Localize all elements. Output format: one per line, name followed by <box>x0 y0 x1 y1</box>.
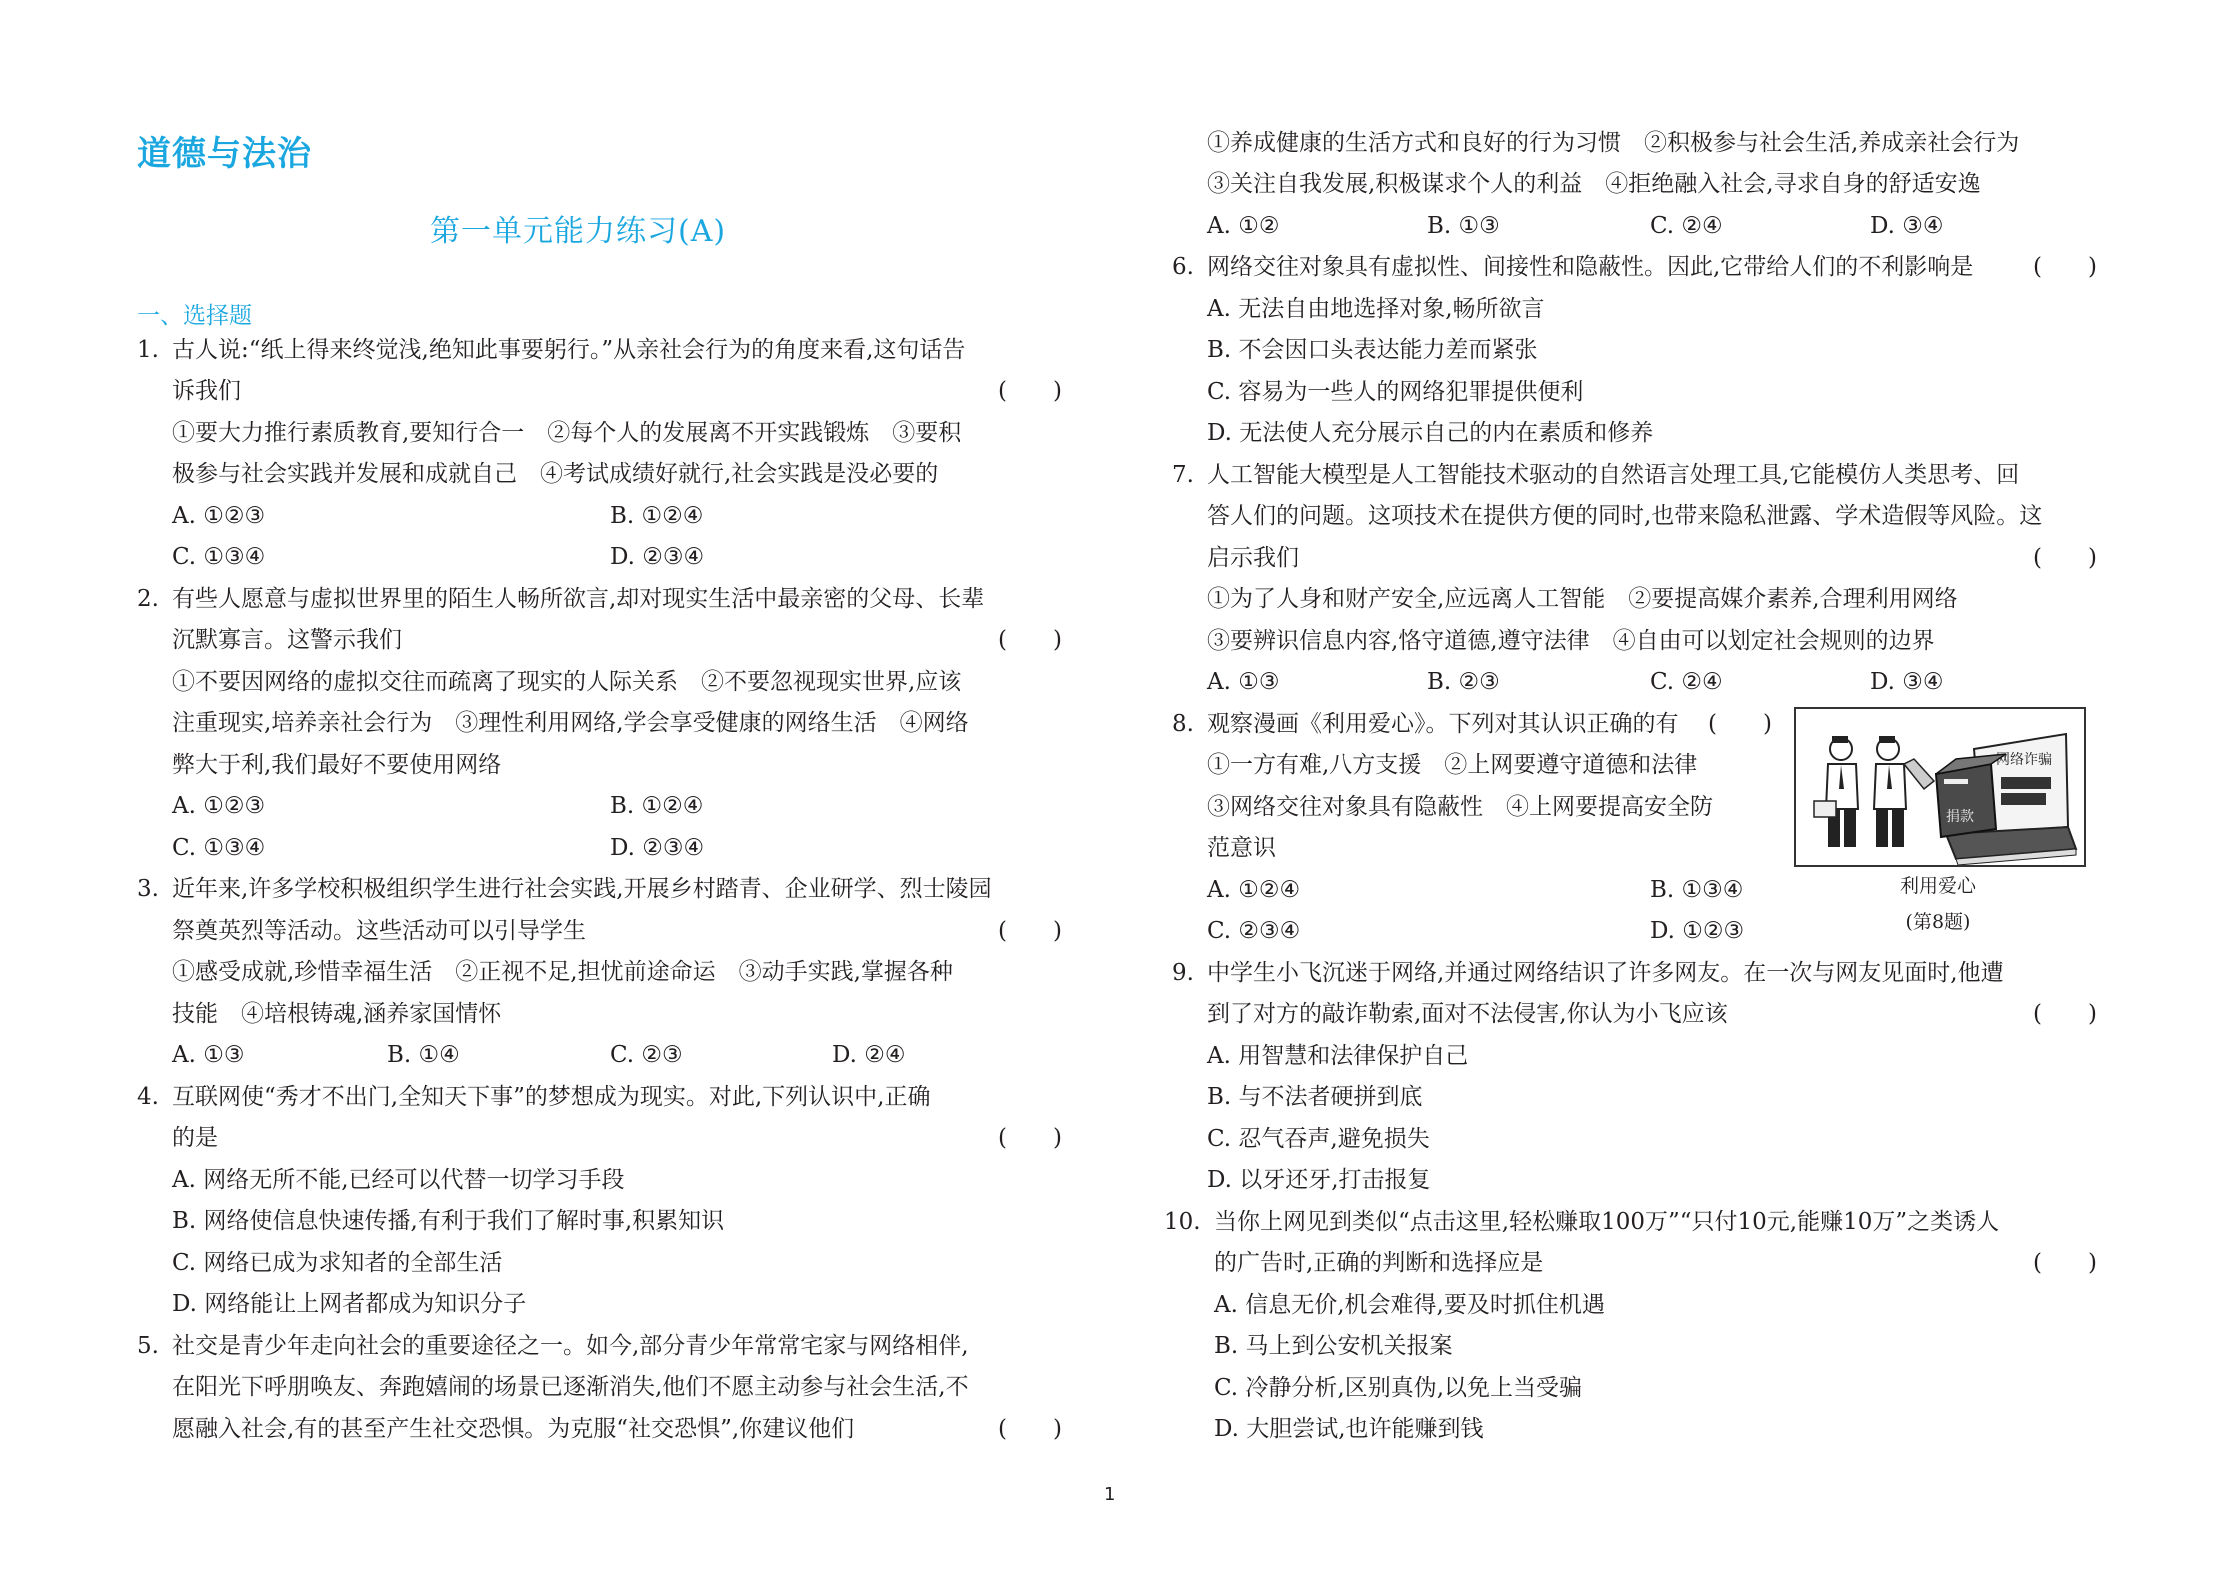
option-b[interactable]: B. ①④ <box>387 1035 460 1076</box>
question-number: 4. <box>137 1077 159 1118</box>
option-d[interactable]: D. ②④ <box>832 1035 905 1076</box>
option-d[interactable]: D. 网络能让上网者都成为知识分子 <box>172 1284 526 1325</box>
question-number: 1. <box>137 330 159 371</box>
question-stem: 互联网使“秀才不出门,全知天下事”的梦想成为现实。对此,下列认识中,正确 <box>172 1077 930 1118</box>
cartoon-figure: 网络诈骗 捐款 <box>1794 707 2086 867</box>
answer-blank[interactable]: ( ) <box>998 620 1062 661</box>
question-stem: 人工智能大模型是人工智能技术驱动的自然语言处理工具,它能模仿人类思考、回 <box>1207 455 2019 496</box>
statement-line: ①为了人身和财产安全,应远离人工智能 ②要提高媒介素养,合理利用网络 <box>1207 579 1958 620</box>
statement-line: ①养成健康的生活方式和良好的行为习惯 ②积极参与社会生活,养成亲社会行为 <box>1207 123 2019 164</box>
question-stem: 古人说:“纸上得来终觉浅,绝知此事要躬行。”从亲社会行为的角度来看,这句话告 <box>172 330 965 371</box>
option-c[interactable]: C. ①③④ <box>172 537 265 578</box>
question-number: 8. <box>1172 704 1194 745</box>
option-a[interactable]: A. ①② <box>1207 206 1279 247</box>
option-b[interactable]: B. 马上到公安机关报案 <box>1214 1326 1453 1367</box>
question-stem: 当你上网见到类似“点击这里,轻松赚取100万”“只付10元,能赚10万”之类诱人 <box>1214 1202 1999 1243</box>
statement-line: ③网络交往对象具有隐蔽性 ④上网要提高安全防 <box>1207 787 1713 828</box>
statement-line: ①感受成就,珍惜幸福生活 ②正视不足,担忧前途命运 ③动手实践,掌握各种 <box>172 952 953 993</box>
question-number: 5. <box>137 1326 159 1367</box>
option-c[interactable]: C. 网络已成为求知者的全部生活 <box>172 1243 502 1284</box>
answer-blank[interactable]: ( ) <box>998 1409 1062 1450</box>
question-stem: 在阳光下呼朋唤友、奔跑嬉闹的场景已逐渐消失,他们不愿主动参与社会生活,不 <box>172 1367 969 1408</box>
worksheet-page: 道德与法治 第一单元能力练习(A) 一、选择题 1. 古人说:“纸上得来终觉浅,… <box>0 0 2220 1571</box>
answer-blank[interactable]: ( ) <box>2033 1243 2097 1284</box>
section-heading: 一、选择题 <box>137 297 252 330</box>
option-d[interactable]: D. 无法使人充分展示自己的内在素质和修养 <box>1207 413 1653 454</box>
cartoon-illustration-icon: 网络诈骗 捐款 <box>1796 709 2084 865</box>
question-stem: 启示我们 <box>1207 545 1299 571</box>
answer-blank[interactable]: ( ) <box>2033 994 2097 1035</box>
question-stem: 的是 <box>172 1125 218 1151</box>
option-a[interactable]: A. 用智慧和法律保护自己 <box>1207 1036 1468 1077</box>
option-d[interactable]: D. 大胆尝试,也许能赚到钱 <box>1214 1409 1484 1450</box>
answer-blank[interactable]: ( ) <box>998 911 1062 952</box>
option-c[interactable]: C. 忍气吞声,避免损失 <box>1207 1119 1430 1160</box>
option-c[interactable]: C. 容易为一些人的网络犯罪提供便利 <box>1207 372 1583 413</box>
option-b[interactable]: B. ①③ <box>1427 206 1500 247</box>
option-a[interactable]: A. ①②③ <box>172 786 265 827</box>
question-stem: 到了对方的敲诈勒索,面对不法侵害,你认为小飞应该 <box>1207 1001 1728 1027</box>
statement-line: 极参与社会实践并发展和成就自己 ④考试成绩好就行,社会实践是没必要的 <box>172 454 938 495</box>
answer-blank[interactable]: ( ) <box>2033 538 2097 579</box>
question-stem: 的广告时,正确的判断和选择应是 <box>1214 1250 1543 1276</box>
question-number: 3. <box>137 869 159 910</box>
option-d[interactable]: D. 以牙还牙,打击报复 <box>1207 1160 1431 1201</box>
option-a[interactable]: A. 无法自由地选择对象,畅所欲言 <box>1207 289 1545 330</box>
page-number: 1 <box>1104 1484 1115 1505</box>
question-number: 7. <box>1172 455 1194 496</box>
statement-line: ③要辨识信息内容,恪守道德,遵守法律 ④自由可以划定社会规则的边界 <box>1207 621 1935 662</box>
option-b[interactable]: B. ①③④ <box>1650 870 1743 911</box>
subject-heading: 道德与法治 <box>137 126 312 175</box>
figure-caption-sub: (第8题) <box>1838 907 2038 937</box>
option-c[interactable]: C. ②④ <box>1650 662 1723 703</box>
option-c[interactable]: C. ①③④ <box>172 828 265 869</box>
option-b[interactable]: B. 网络使信息快速传播,有利于我们了解时事,积累知识 <box>172 1201 724 1242</box>
question-stem: 网络交往对象具有虚拟性、间接性和隐蔽性。因此,它带给人们的不利影响是 <box>1207 247 1973 288</box>
question-number: 9. <box>1172 953 1194 994</box>
svg-text:捐款: 捐款 <box>1946 808 1974 825</box>
answer-blank[interactable]: ( ) <box>998 371 1062 412</box>
option-a[interactable]: A. ①③ <box>172 1035 244 1076</box>
question-number: 10. <box>1164 1202 1201 1243</box>
question-stem: 沉默寡言。这警示我们 <box>172 627 402 653</box>
question-number: 2. <box>137 579 159 620</box>
option-a[interactable]: A. 信息无价,机会难得,要及时抓住机遇 <box>1214 1285 1605 1326</box>
option-b[interactable]: B. ②③ <box>1427 662 1500 703</box>
answer-blank[interactable]: ( ) <box>2033 247 2097 288</box>
option-a[interactable]: A. ①②③ <box>172 496 265 537</box>
statement-line: 弊大于利,我们最好不要使用网络 <box>172 745 501 786</box>
question-stem: 愿融入社会,有的甚至产生社交恐惧。为克服“社交恐惧”,你建议他们 <box>172 1416 854 1442</box>
option-a[interactable]: A. 网络无所不能,已经可以代替一切学习手段 <box>172 1160 625 1201</box>
option-d[interactable]: D. ②③④ <box>610 828 704 869</box>
option-d[interactable]: D. ③④ <box>1870 662 1943 703</box>
statement-line: 范意识 <box>1207 828 1276 869</box>
statement-line: 注重现实,培养亲社会行为 ③理性利用网络,学会享受健康的网络生活 ④网络 <box>172 703 969 744</box>
statement-line: ③关注自我发展,积极谋求个人的利益 ④拒绝融入社会,寻求自身的舒适安逸 <box>1207 164 1981 205</box>
answer-blank[interactable]: ( ) <box>1708 704 1772 745</box>
option-d[interactable]: D. ③④ <box>1870 206 1943 247</box>
option-c[interactable]: C. ②③ <box>610 1035 683 1076</box>
question-stem: 中学生小飞沉迷于网络,并通过网络结识了许多网友。在一次与网友见面时,他遭 <box>1207 953 2004 994</box>
option-b[interactable]: B. 不会因口头表达能力差而紧张 <box>1207 330 1538 371</box>
option-a[interactable]: A. ①②④ <box>1207 870 1300 911</box>
option-b[interactable]: B. ①②④ <box>610 496 703 537</box>
question-stem: 观察漫画《利用爱心》。下列对其认识正确的有 <box>1207 704 1679 745</box>
question-stem: 有些人愿意与虚拟世界里的陌生人畅所欲言,却对现实生活中最亲密的父母、长辈 <box>172 579 984 620</box>
question-stem: 答人们的问题。这项技术在提供方便的同时,也带来隐私泄露、学术造假等风险。这 <box>1207 496 2042 537</box>
option-b[interactable]: B. ①②④ <box>610 786 703 827</box>
statement-line: ①要大力推行素质教育,要知行合一 ②每个人的发展离不开实践锻炼 ③要积 <box>172 413 961 454</box>
answer-blank[interactable]: ( ) <box>998 1118 1062 1159</box>
option-c[interactable]: C. 冷静分析,区别真伪,以免上当受骗 <box>1214 1368 1582 1409</box>
unit-title: 第一单元能力练习(A) <box>430 206 726 250</box>
question-number: 6. <box>1172 247 1194 288</box>
option-d[interactable]: D. ①②③ <box>1650 911 1744 952</box>
question-stem: 近年来,许多学校积极组织学生进行社会实践,开展乡村踏青、企业研学、烈士陵园 <box>172 869 992 910</box>
option-c[interactable]: C. ②③④ <box>1207 911 1300 952</box>
option-a[interactable]: A. ①③ <box>1207 662 1279 703</box>
option-d[interactable]: D. ②③④ <box>610 537 704 578</box>
statement-line: ①一方有难,八方支援 ②上网要遵守道德和法律 <box>1207 745 1697 786</box>
question-stem: 社交是青少年走向社会的重要途径之一。如今,部分青少年常常宅家与网络相伴, <box>172 1326 969 1367</box>
option-c[interactable]: C. ②④ <box>1650 206 1723 247</box>
question-stem: 祭奠英烈等活动。这些活动可以引导学生 <box>172 918 586 944</box>
statement-line: 技能 ④培根铸魂,涵养家国情怀 <box>172 994 501 1035</box>
statement-line: ①不要因网络的虚拟交往而疏离了现实的人际关系 ②不要忽视现实世界,应该 <box>172 662 961 703</box>
option-b[interactable]: B. 与不法者硬拼到底 <box>1207 1077 1423 1118</box>
figure-caption: 利用爱心 <box>1838 871 2038 901</box>
question-stem: 诉我们 <box>172 378 241 404</box>
